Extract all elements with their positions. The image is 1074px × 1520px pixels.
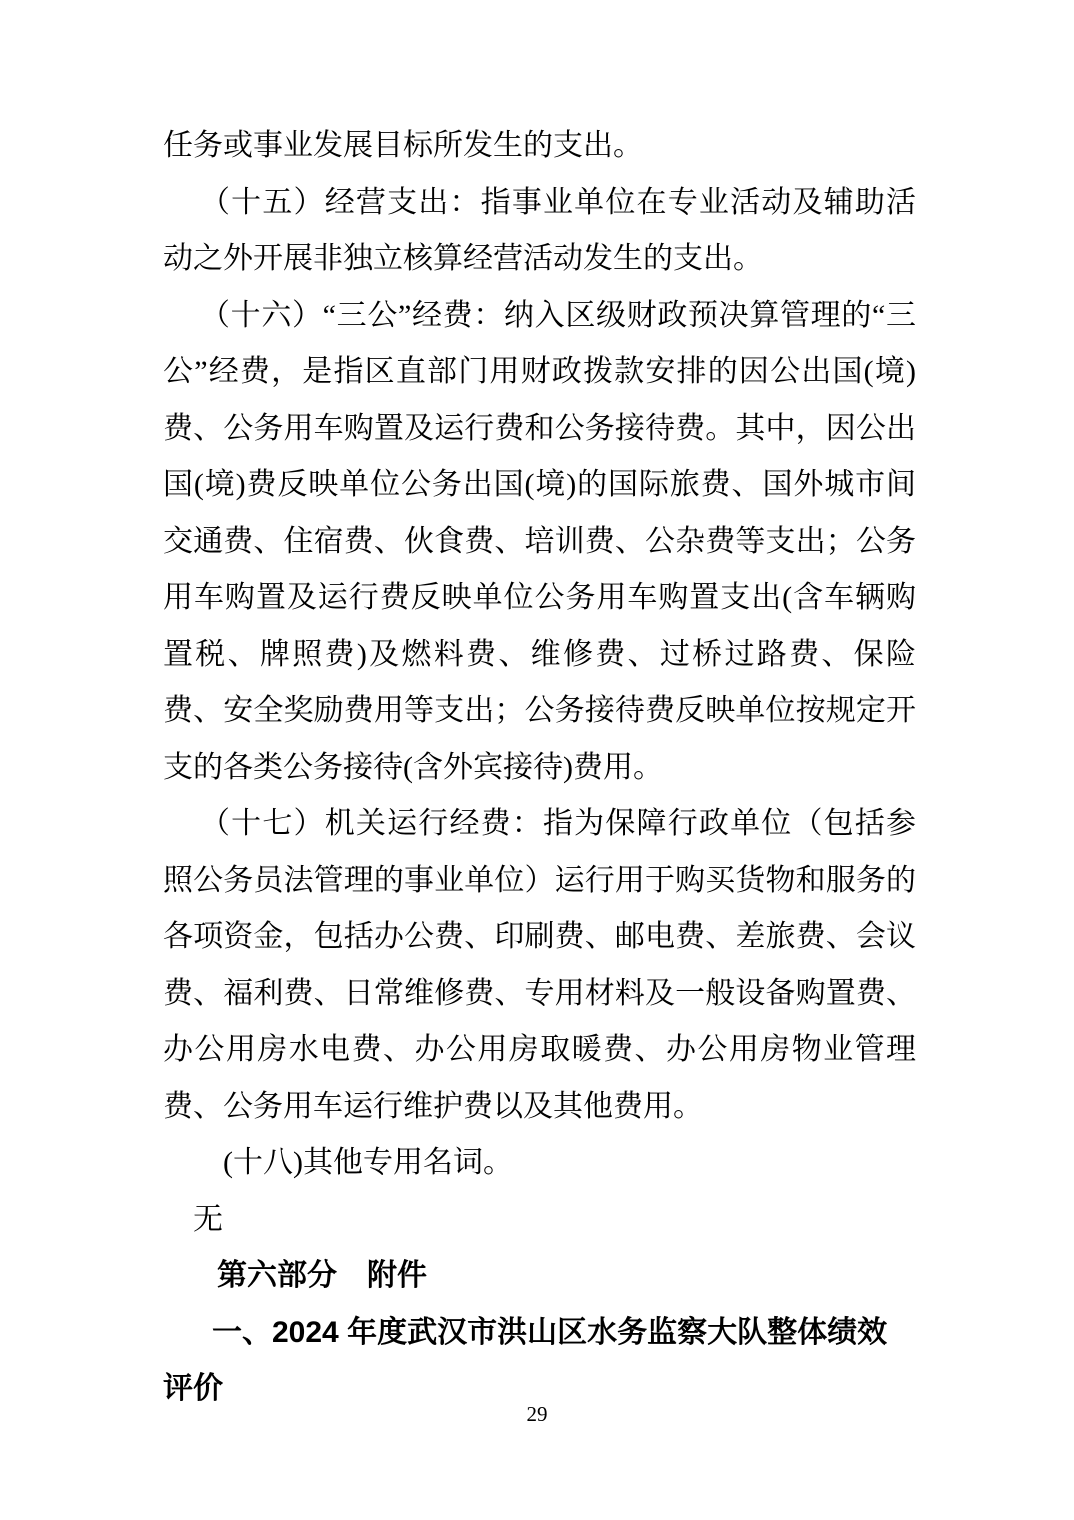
section-heading: 第六部分 附件 [163,1248,916,1305]
paragraph-continuation: 任务或事业发展目标所发生的支出。 [163,118,916,175]
paragraph-item-17: （十七）机关运行经费：指为保障行政单位（包括参照公务员法管理的事业单位）运行用于… [163,796,916,1135]
document-body: 任务或事业发展目标所发生的支出。 （十五）经营支出：指事业单位在专业活动及辅助活… [163,118,916,1418]
paragraph-item-16: （十六）“三公”经费：纳入区级财政预决算管理的“三公”经费，是指区直部门用财政拨… [163,288,916,797]
page-number: 29 [527,1402,548,1426]
paragraph-item-18: (十八)其他专用名词。 [163,1135,916,1192]
paragraph-item-15: （十五）经营支出：指事业单位在专业活动及辅助活动之外开展非独立核算经营活动发生的… [163,175,916,288]
attachment-title: 一、2024 年度武汉市洪山区水务监察大队整体绩效评价 [163,1305,916,1418]
document-page: 任务或事业发展目标所发生的支出。 （十五）经营支出：指事业单位在专业活动及辅助活… [0,0,1074,1520]
page-footer: 29 [0,1402,1074,1427]
paragraph-none: 无 [163,1192,916,1249]
